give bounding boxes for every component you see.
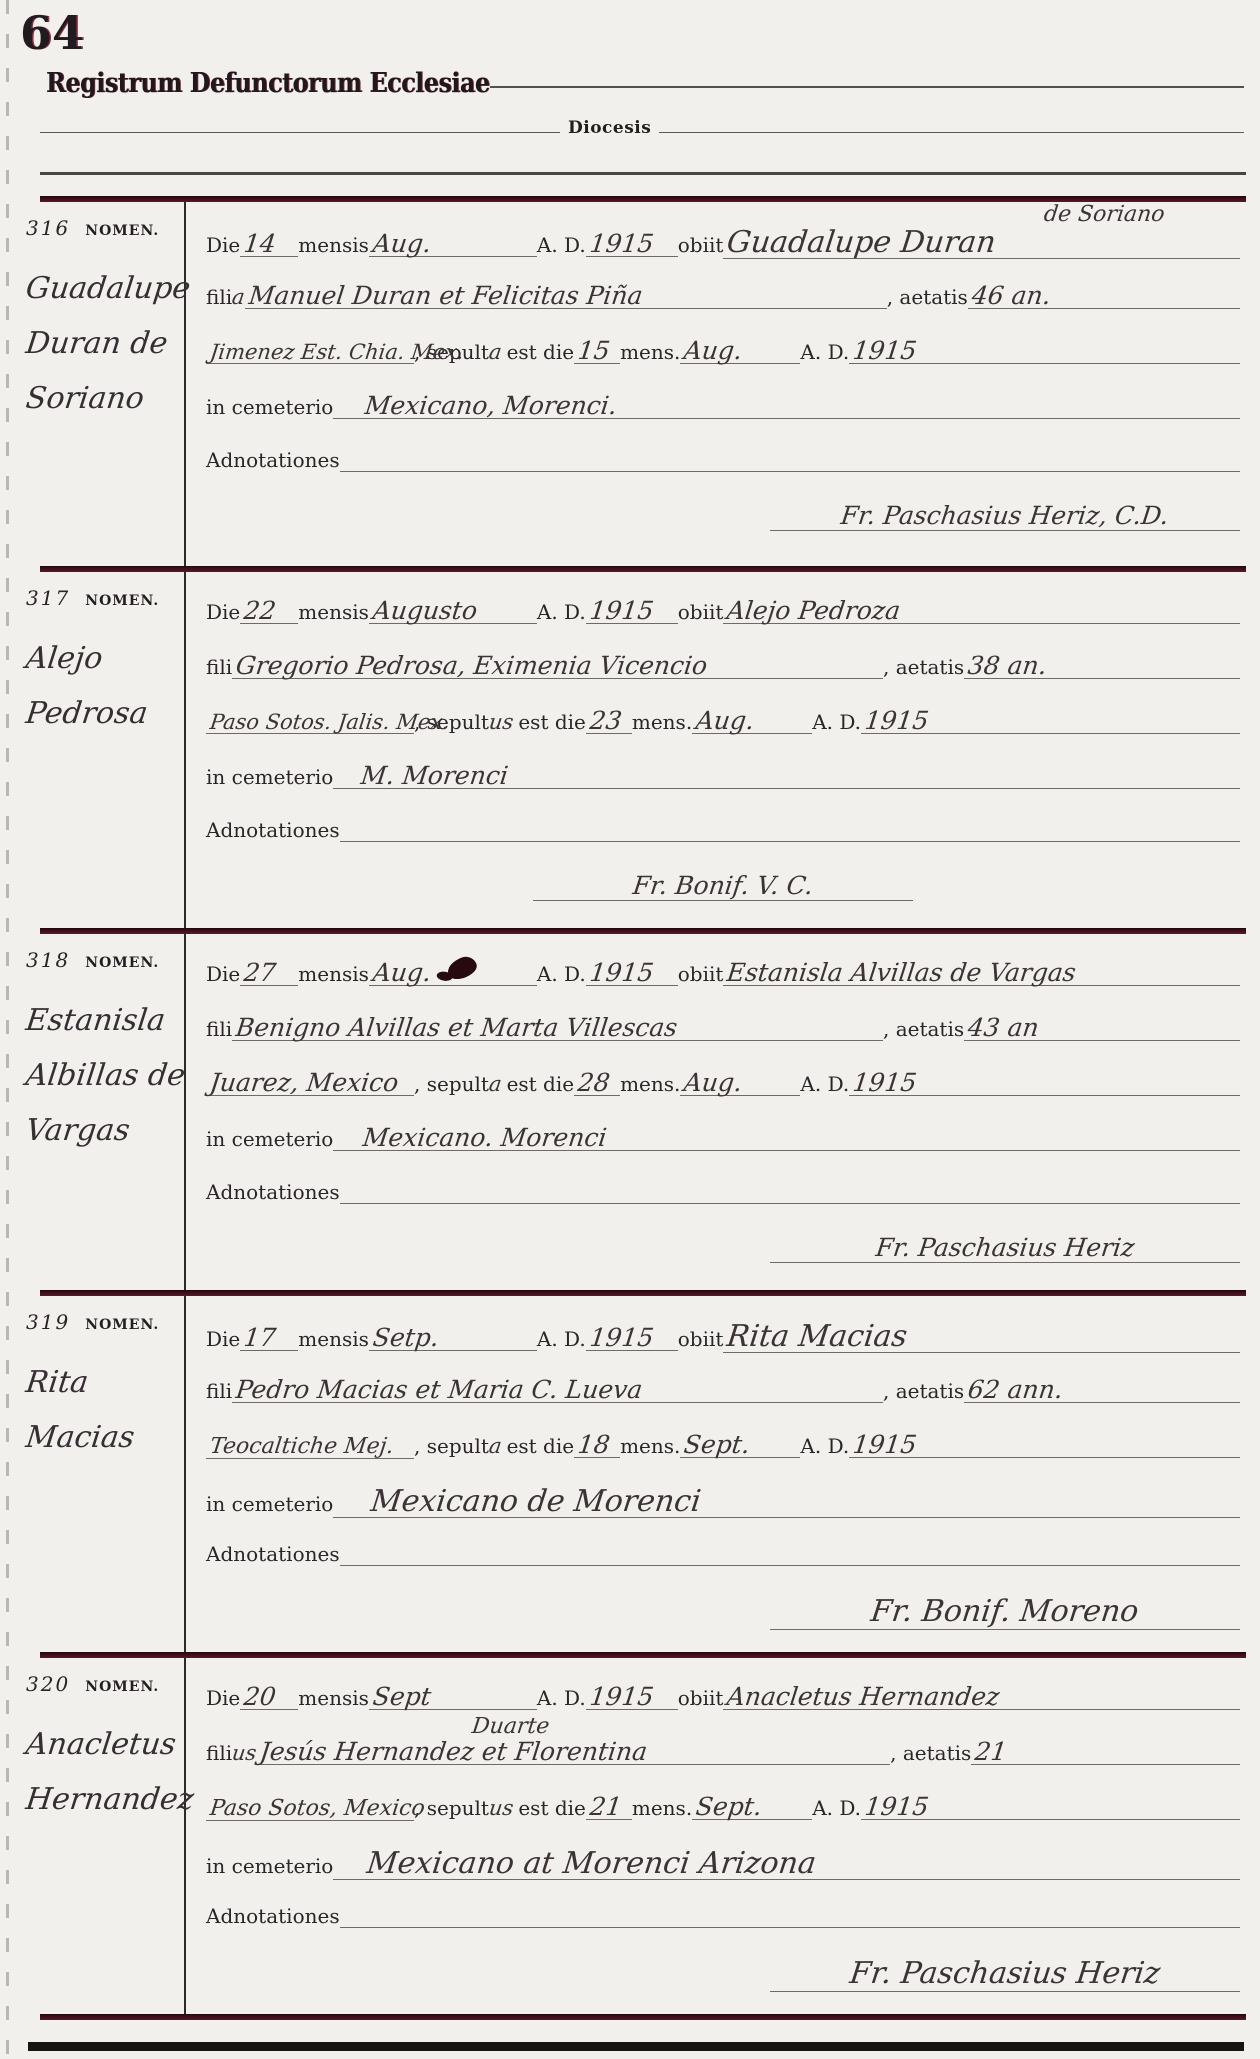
mensis-label: mensis — [298, 600, 369, 624]
burial-row: Juarez, Mexico , sepulta est die 28 mens… — [206, 1070, 1240, 1125]
age-fill: 21 — [971, 1739, 1240, 1765]
register-page: 64 Registrum Defunctorum Ecclesiae Dioce… — [0, 0, 1260, 2059]
register-title: Registrum Defunctorum Ecclesiae — [46, 68, 490, 99]
sepult-suffix: a — [488, 1074, 503, 1095]
ad-label: A. D. — [537, 1686, 586, 1710]
priest-signature: Fr. Bonif. V. C. — [533, 873, 913, 901]
death-month-fill: Augusto — [369, 598, 537, 624]
fili-label: fili — [206, 1741, 232, 1765]
death-date-row: Die 27 mensis Aug. A. D. 1915 obiit Esta… — [206, 960, 1240, 1015]
decedent-name-line: Hernandez — [24, 1785, 195, 1815]
death-year-fill: 1915 — [586, 1325, 678, 1351]
obiit-label: obiit — [678, 600, 724, 624]
mens-label: mens. — [632, 710, 692, 734]
form-column: Die 22 mensis Augusto A. D. 1915 obiit A… — [186, 572, 1260, 928]
adnotationes-row: Adnotationes — [206, 1904, 1240, 1959]
death-month-fill: Setp. — [369, 1325, 537, 1351]
death-day-fill: 27 — [240, 960, 298, 986]
table-bottom-rule — [40, 2014, 1246, 2020]
register-entry-317: 317 NOMEN. Alejo Pedrosa Die 22 mensis A… — [0, 572, 1260, 928]
nomen-label: NOMEN. — [85, 223, 159, 239]
adnotationes-label: Adnotationes — [206, 1542, 340, 1566]
adnotationes-fill — [340, 1184, 1240, 1204]
place-fill: Jimenez Est. Chia. Mex. — [206, 342, 414, 364]
death-date-row: Die 17 mensis Setp. A. D. 1915 obiit Rit… — [206, 1322, 1240, 1377]
die-label: Die — [206, 233, 240, 257]
mens-label: mens. — [632, 1796, 692, 1820]
decedent-name-line: Duran de — [24, 329, 169, 359]
place-fill: Paso Sotos, Mexico — [206, 1798, 414, 1821]
burial-row: Paso Sotos. Jalis. Mex. , sepultus est d… — [206, 708, 1240, 763]
decedent-name-line: Estanisla — [24, 1006, 167, 1036]
death-month-fill: Sept — [369, 1684, 537, 1710]
fili-label: fili — [206, 1017, 232, 1041]
cemetery-fill: M. Morenci — [333, 763, 1240, 789]
decedent-fill: Anacletus Hernandez — [723, 1684, 1240, 1710]
nomen-label: NOMEN. — [85, 1679, 159, 1695]
mensis-label: mensis — [298, 1327, 369, 1351]
ad-label: A. D. — [800, 340, 849, 364]
aetatis-label: , aetatis — [883, 1379, 964, 1403]
page-number: 64 — [20, 6, 84, 60]
death-date-row: Die 22 mensis Augusto A. D. 1915 obiit A… — [206, 598, 1240, 653]
decedent-name-line: Albillas de — [24, 1061, 187, 1091]
register-entry-316: 316 NOMEN. Guadalupe Duran de Soriano Di… — [0, 202, 1260, 566]
decedent-fill: Guadalupe Durande Soriano — [723, 228, 1240, 259]
name-column: 316 NOMEN. Guadalupe Duran de Soriano — [0, 202, 186, 566]
decedent-name-line: Pedrosa — [24, 699, 149, 729]
sepult-suffix: a — [488, 342, 503, 363]
age-fill: 43 an — [964, 1015, 1240, 1041]
decedent-name-line: Alejo — [24, 644, 104, 674]
death-year-fill: 1915 — [586, 231, 678, 257]
form-column: Die 17 mensis Setp. A. D. 1915 obiit Rit… — [186, 1296, 1260, 1652]
adnotationes-row: Adnotationes — [206, 1542, 1240, 1597]
age-fill: 62 ann. — [964, 1377, 1240, 1403]
decedent-name-line: Rita — [24, 1368, 90, 1398]
diocesis-label: Diocesis — [560, 118, 659, 138]
mens-label: mens. — [620, 340, 680, 364]
in-cemeterio-label: in cemeterio — [206, 395, 333, 419]
decedent-name-line: Vargas — [24, 1116, 131, 1146]
decedent-name-line: Macias — [24, 1423, 136, 1453]
nomen-label: NOMEN. — [85, 1317, 159, 1333]
adnotationes-row: Adnotationes — [206, 448, 1240, 503]
burial-year-fill: 1915 — [861, 1794, 1240, 1820]
entry-number: 316 — [26, 216, 70, 240]
diocesis-line-left — [40, 132, 560, 133]
adnotationes-fill — [340, 1908, 1240, 1928]
priest-signature: Fr. Paschasius Heriz, C.D. — [770, 503, 1240, 531]
adnotationes-label: Adnotationes — [206, 818, 340, 842]
die-label: Die — [206, 1686, 240, 1710]
mens-label: mens. — [620, 1434, 680, 1458]
place-fill: Juarez, Mexico — [206, 1070, 414, 1096]
in-cemeterio-label: in cemeterio — [206, 1492, 333, 1516]
burial-day-fill: 28 — [574, 1070, 620, 1096]
cemetery-fill: Mexicano, Morenci. — [333, 393, 1240, 419]
aetatis-label: , aetatis — [890, 1741, 971, 1765]
death-day-fill: 14 — [240, 231, 298, 257]
obiit-label: obiit — [678, 1686, 724, 1710]
age-fill: 46 an. — [968, 283, 1240, 309]
obiit-label: obiit — [678, 233, 724, 257]
parents-fill: Benigno Alvillas et Marta Villescas — [232, 1015, 883, 1041]
entry-number: 319 — [26, 1310, 70, 1334]
entry-number: 318 — [26, 948, 70, 972]
sepult-suffix: us — [488, 1798, 515, 1819]
signature-row: Fr. Paschasius Heriz — [206, 1235, 1240, 1290]
form-column: Die 20 mensis Sept A. D. 1915 obiit Anac… — [186, 1658, 1260, 2014]
entry-number: 317 — [26, 586, 70, 610]
parents-row: filius Jesús Hernandez et FlorentinaDuar… — [206, 1739, 1240, 1794]
est-die-label: est die — [518, 1796, 586, 1820]
ad-label: A. D. — [537, 600, 586, 624]
mensis-label: mensis — [298, 962, 369, 986]
adnotationes-row: Adnotationes — [206, 818, 1240, 873]
death-month-fill: Aug. — [369, 231, 537, 257]
in-cemeterio-label: in cemeterio — [206, 765, 333, 789]
title-underline — [490, 86, 1244, 88]
burial-row: Jimenez Est. Chia. Mex. , sepulta est di… — [206, 338, 1240, 393]
die-label: Die — [206, 600, 240, 624]
cemetery-fill: Mexicano at Morenci Arizona — [333, 1849, 1240, 1880]
parents-row: fili Gregorio Pedrosa, Eximenia Vicencio… — [206, 653, 1240, 708]
burial-month-fill: Sept. — [692, 1794, 812, 1820]
signature-row: Fr. Bonif. V. C. — [206, 873, 1240, 928]
est-die-label: est die — [518, 710, 586, 734]
burial-year-fill: 1915 — [861, 708, 1240, 734]
decedent-fill: Alejo Pedroza — [723, 598, 1240, 624]
est-die-label: est die — [507, 1072, 575, 1096]
fili-label: fili — [206, 1379, 232, 1403]
adnotationes-label: Adnotationes — [206, 448, 340, 472]
sepult-suffix: us — [488, 712, 515, 733]
form-column: Die 14 mensis Aug. A. D. 1915 obiit Guad… — [186, 202, 1260, 566]
parents-fill: Jesús Hernandez et FlorentinaDuarte — [256, 1739, 890, 1765]
parents-row: fili Pedro Macias et Maria C. Lueva , ae… — [206, 1377, 1240, 1432]
parents-fill: Gregorio Pedrosa, Eximenia Vicencio — [232, 653, 883, 679]
name-column: 319 NOMEN. Rita Macias — [0, 1296, 186, 1652]
name-column: 318 NOMEN. Estanisla Albillas de Vargas — [0, 934, 186, 1290]
entry-number: 320 — [26, 1672, 70, 1696]
signature-row: Fr. Paschasius Heriz, C.D. — [206, 503, 1240, 558]
ad-label: A. D. — [800, 1072, 849, 1096]
name-column: 320 NOMEN. Anacletus Hernandez — [0, 1658, 186, 2014]
est-die-label: est die — [507, 340, 575, 364]
decedent-fill-superscript: de Soriano — [1044, 204, 1165, 226]
form-column: Die 27 mensis Aug. A. D. 1915 obiit Esta… — [186, 934, 1260, 1290]
sepult-label: , sepult — [414, 1072, 489, 1096]
signature-row: Fr. Paschasius Heriz — [206, 1959, 1240, 2014]
burial-month-fill: Aug. — [680, 338, 800, 364]
decedent-fill: Estanisla Alvillas de Vargas — [723, 960, 1240, 986]
die-label: Die — [206, 962, 240, 986]
burial-year-fill: 1915 — [849, 1070, 1240, 1096]
aetatis-label: , aetatis — [887, 285, 968, 309]
sepult-label: , sepult — [414, 1434, 489, 1458]
ink-blot — [445, 954, 480, 982]
death-year-fill: 1915 — [586, 598, 678, 624]
adnotationes-fill — [340, 1546, 1240, 1566]
parents-row: fili Benigno Alvillas et Marta Villescas… — [206, 1015, 1240, 1070]
burial-day-fill: 15 — [574, 338, 620, 364]
fili-label: fili — [206, 655, 232, 679]
nomen-label: NOMEN. — [85, 593, 159, 609]
death-month-fill: Aug. — [369, 960, 537, 986]
register-title-row: Registrum Defunctorum Ecclesiae — [46, 68, 1244, 99]
parents-row: filia Manuel Duran et Felicitas Piña , a… — [206, 283, 1240, 338]
scan-bottom-edge — [28, 2042, 1244, 2051]
parents-fill: Pedro Macias et Maria C. Lueva — [232, 1377, 883, 1403]
adnotationes-label: Adnotationes — [206, 1904, 340, 1928]
adnotationes-label: Adnotationes — [206, 1180, 340, 1204]
cemetery-row: in cemeterio Mexicano, Morenci. — [206, 393, 1240, 448]
entries-list: 316 NOMEN. Guadalupe Duran de Soriano Di… — [0, 202, 1260, 2020]
mensis-label: mensis — [298, 1686, 369, 1710]
obiit-label: obiit — [678, 962, 724, 986]
ad-label: A. D. — [812, 1796, 861, 1820]
death-day-fill: 17 — [240, 1325, 298, 1351]
decedent-name-line: Soriano — [24, 384, 146, 414]
register-entry-319: 319 NOMEN. Rita Macias Die 17 mensis Set… — [0, 1296, 1260, 1652]
diocesis-row: Diocesis — [40, 118, 1244, 138]
fili-suffix: us — [231, 1743, 258, 1764]
cemetery-row: in cemeterio Mexicano. Morenci — [206, 1125, 1240, 1180]
die-label: Die — [206, 1327, 240, 1351]
priest-signature: Fr. Paschasius Heriz — [770, 1235, 1240, 1263]
fili-label: fili — [206, 285, 232, 309]
mensis-label: mensis — [298, 233, 369, 257]
burial-year-fill: 1915 — [849, 338, 1240, 364]
cemetery-row: in cemeterio Mexicano at Morenci Arizona — [206, 1849, 1240, 1904]
place-fill: Paso Sotos. Jalis. Mex. — [206, 712, 414, 734]
burial-row: Teocaltiche Mej. , sepulta est die 18 me… — [206, 1432, 1240, 1487]
burial-day-fill: 18 — [574, 1432, 620, 1458]
cemetery-row: in cemeterio Mexicano de Morenci — [206, 1487, 1240, 1542]
sepult-suffix: a — [488, 1436, 503, 1457]
burial-month-fill: Aug. — [680, 1070, 800, 1096]
parents-fill: Manuel Duran et Felicitas Piña — [245, 283, 887, 309]
in-cemeterio-label: in cemeterio — [206, 1127, 333, 1151]
death-year-fill: 1915 — [586, 1684, 678, 1710]
est-die-label: est die — [507, 1434, 575, 1458]
register-entry-320: 320 NOMEN. Anacletus Hernandez Die 20 me… — [0, 1658, 1260, 2014]
burial-year-fill: 1915 — [849, 1432, 1240, 1458]
burial-day-fill: 21 — [586, 1794, 632, 1820]
decedent-name-line: Guadalupe — [24, 274, 192, 304]
register-entry-318: 318 NOMEN. Estanisla Albillas de Vargas … — [0, 934, 1260, 1290]
ad-label: A. D. — [537, 962, 586, 986]
name-column: 317 NOMEN. Alejo Pedrosa — [0, 572, 186, 928]
parents-fill-superscript: Duarte — [472, 1716, 549, 1738]
place-fill: Teocaltiche Mej. — [206, 1436, 414, 1459]
ad-label: A. D. — [800, 1434, 849, 1458]
decedent-fill: Rita Macias — [723, 1322, 1240, 1353]
burial-month-fill: Sept. — [680, 1432, 800, 1458]
cemetery-fill: Mexicano. Morenci — [333, 1125, 1240, 1151]
burial-row: Paso Sotos, Mexico , sepultus est die 21… — [206, 1794, 1240, 1849]
mens-label: mens. — [620, 1072, 680, 1096]
age-fill: 38 an. — [964, 653, 1240, 679]
death-day-fill: 20 — [240, 1684, 298, 1710]
death-date-row: Die 20 mensis Sept A. D. 1915 obiit Anac… — [206, 1684, 1240, 1739]
adnotationes-row: Adnotationes — [206, 1180, 1240, 1235]
decedent-name-line: Anacletus — [24, 1730, 177, 1760]
signature-row: Fr. Bonif. Moreno — [206, 1597, 1240, 1652]
in-cemeterio-label: in cemeterio — [206, 1854, 333, 1878]
diocesis-line-right — [659, 132, 1244, 133]
burial-month-fill: Aug. — [692, 708, 812, 734]
aetatis-label: , aetatis — [883, 655, 964, 679]
death-day-fill: 22 — [240, 598, 298, 624]
ad-label: A. D. — [537, 1327, 586, 1351]
header-thin-rule — [40, 172, 1246, 175]
death-date-row: Die 14 mensis Aug. A. D. 1915 obiit Guad… — [206, 228, 1240, 283]
nomen-label: NOMEN. — [85, 955, 159, 971]
cemetery-fill: Mexicano de Morenci — [333, 1487, 1240, 1518]
obiit-label: obiit — [678, 1327, 724, 1351]
priest-signature: Fr. Paschasius Heriz — [770, 1959, 1240, 1992]
ad-label: A. D. — [812, 710, 861, 734]
ad-label: A. D. — [537, 233, 586, 257]
death-year-fill: 1915 — [586, 960, 678, 986]
adnotationes-fill — [340, 822, 1240, 842]
adnotationes-fill — [340, 452, 1240, 472]
burial-day-fill: 23 — [586, 708, 632, 734]
aetatis-label: , aetatis — [883, 1017, 964, 1041]
priest-signature: Fr. Bonif. Moreno — [770, 1597, 1240, 1630]
cemetery-row: in cemeterio M. Morenci — [206, 763, 1240, 818]
